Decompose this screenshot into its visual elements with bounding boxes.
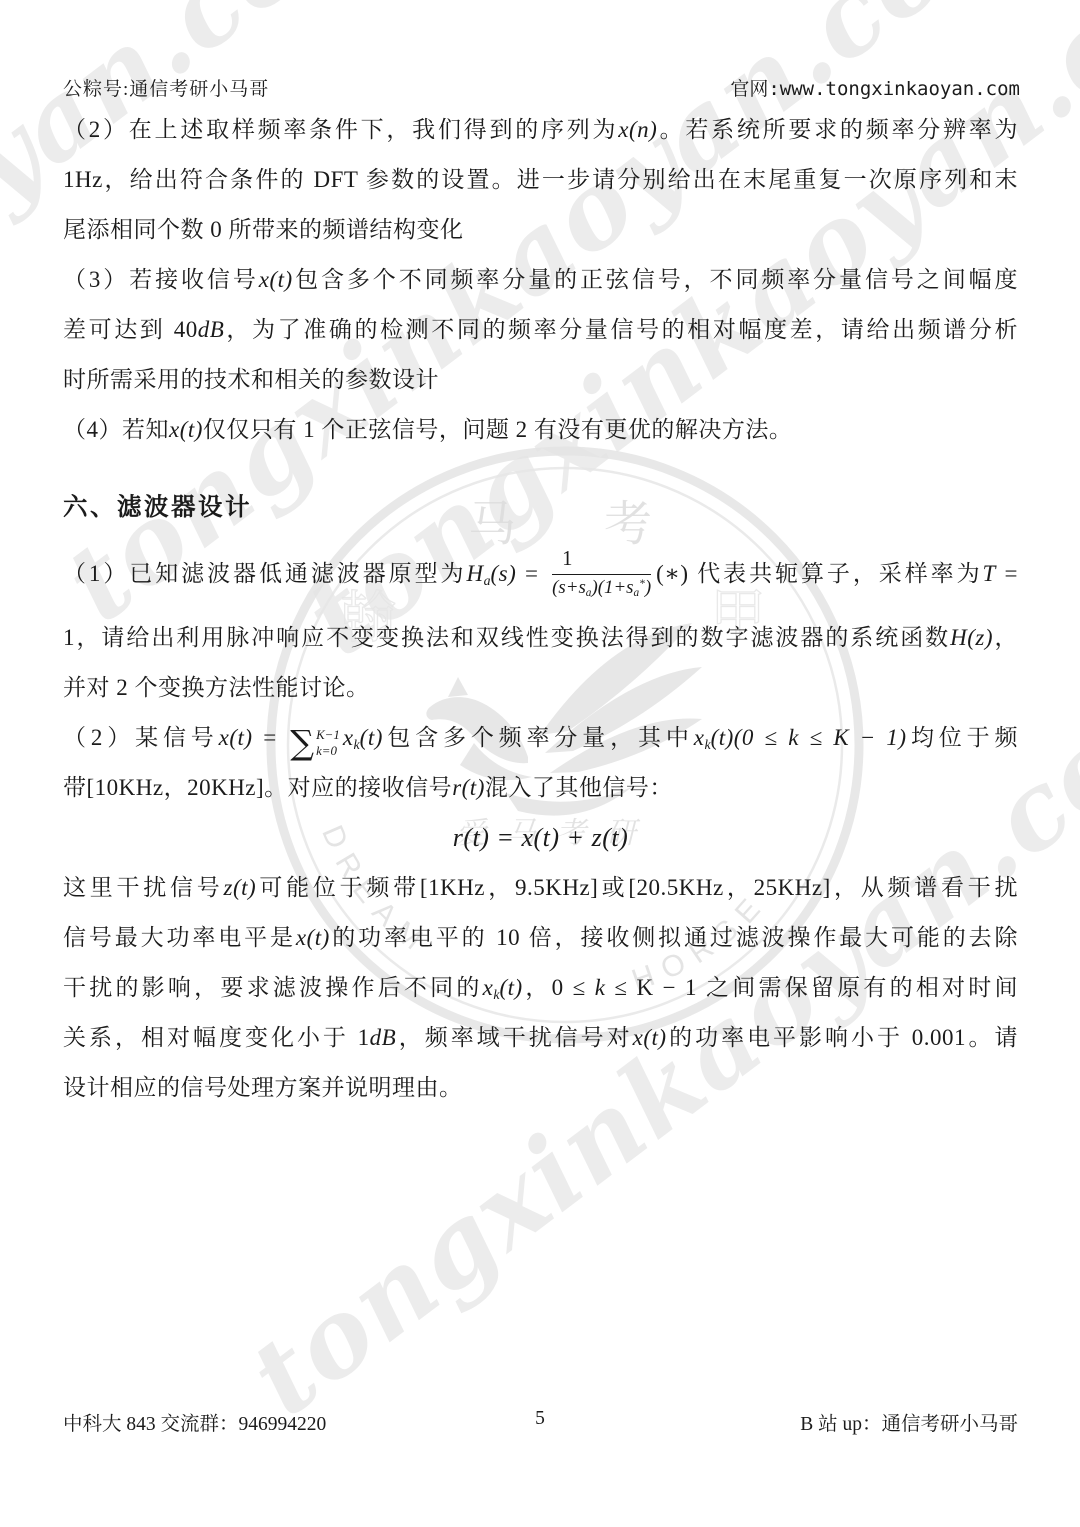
paragraph-question-2: （2）在上述取样频率条件下，我们得到的序列为x(n)。若系统所要求的频率分辨率为…: [63, 105, 1018, 255]
text-line: （2）在上述取样频率条件下，我们得到的序列为x(n)。若系统所要求的频率分辨率为: [63, 105, 1018, 155]
page-header: 公粽号:通信考研小马哥 官网:www.tongxinkaoyan.com: [0, 74, 1080, 100]
text-line: 1，请给出利用脉冲响应不变变换法和双线性变换法得到的数字滤波器的系统函数H(z)…: [63, 613, 1018, 663]
fraction: 1(s+sa)(1+sa*): [552, 548, 651, 600]
text-line: 关系，相对幅度变化小于 1dB，频率域干扰信号对x(t)的功率电平影响小于 0.…: [63, 1013, 1018, 1063]
footer-group-info: 中科大 843 交流群：946994220: [63, 1408, 326, 1436]
paragraph-interference-paragraph: 这里干扰信号z(t)可能位于频带[1KHz，9.5KHz]或[20.5KHz，2…: [63, 863, 1018, 1113]
header-right-website: 官网:www.tongxinkaoyan.com: [730, 74, 1020, 101]
text-line: 并对 2 个变换方法性能讨论。: [63, 663, 1018, 713]
page-footer: 中科大 843 交流群：946994220 5 B 站 up：通信考研小马哥: [0, 1408, 1080, 1438]
text-line: 设计相应的信号处理方案并说明理由。: [63, 1063, 1018, 1113]
text-line: 差可达到 40dB，为了准确的检测不同的频率分量信号的相对幅度差，请给出频谱分析: [63, 305, 1018, 355]
text-line: 带[10KHz，20KHz]。对应的接收信号r(t)混入了其他信号：: [63, 763, 1018, 813]
paragraph-question-4: （4）若知x(t)仅仅只有 1 个正弦信号，问题 2 有没有更优的解决方法。: [63, 405, 1018, 455]
text-line: 1Hz，给出符合条件的 DFT 参数的设置。进一步请分别给出在末尾重复一次原序列…: [63, 155, 1018, 205]
page-number: 5: [535, 1408, 545, 1430]
header-left-brand: 公粽号:通信考研小马哥: [63, 74, 269, 101]
text-line: 信号最大功率电平是x(t)的功率电平的 10 倍，接收侧拟通过滤波操作最大可能的…: [63, 913, 1018, 963]
text-line: （1）已知滤波器低通滤波器原型为Ha(s) = 1(s+sa)(1+sa*)(∗…: [63, 535, 1018, 613]
paragraph-question-3: （3）若接收信号x(t)包含多个不同频率分量的正弦信号，不同频率分量信号之间幅度…: [63, 255, 1018, 405]
text-line: 时所需采用的技术和相关的参数设计: [63, 355, 1018, 405]
text-line: 尾添相同个数 0 所带来的频谱结构变化: [63, 205, 1018, 255]
text-line: 这里干扰信号z(t)可能位于频带[1KHz，9.5KHz]或[20.5KHz，2…: [63, 863, 1018, 913]
footer-bilibili-info: B 站 up：通信考研小马哥: [800, 1408, 1018, 1436]
document-page: tongxinkaoyan.com tongxinkaoyan.com tong…: [0, 0, 1080, 1527]
paragraph-filter-question-1: （1）已知滤波器低通滤波器原型为Ha(s) = 1(s+sa)(1+sa*)(∗…: [63, 535, 1018, 713]
section-heading: 六、滤波器设计: [63, 481, 1018, 535]
text-line: （2）某信号x(t) = ∑K−1k=0xk(t)包含多个频率分量，其中xk(t…: [63, 713, 1018, 763]
text-line: 干扰的影响，要求滤波操作后不同的xk(t)，0 ≤ k ≤ K − 1 之间需保…: [63, 963, 1018, 1013]
centered-formula: r(t) = x(t) + z(t): [63, 813, 1018, 863]
text-line: （4）若知x(t)仅仅只有 1 个正弦信号，问题 2 有没有更优的解决方法。: [63, 405, 1018, 455]
text-line: （3）若接收信号x(t)包含多个不同频率分量的正弦信号，不同频率分量信号之间幅度: [63, 255, 1018, 305]
summation: ∑K−1k=0: [290, 726, 340, 759]
document-body: （2）在上述取样频率条件下，我们得到的序列为x(n)。若系统所要求的频率分辨率为…: [63, 105, 1018, 1113]
paragraph-filter-question-2: （2）某信号x(t) = ∑K−1k=0xk(t)包含多个频率分量，其中xk(t…: [63, 713, 1018, 813]
